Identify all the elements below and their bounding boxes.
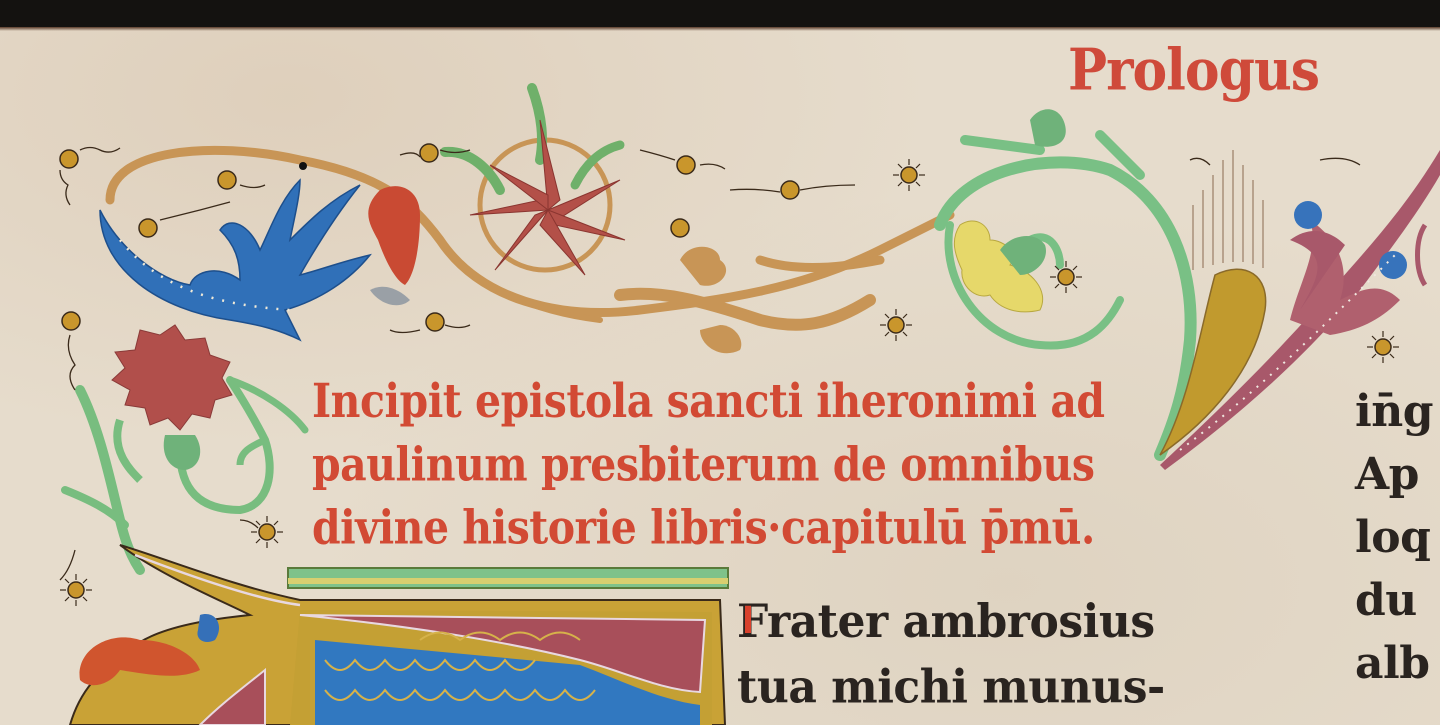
right-column-line: Ap — [1355, 443, 1440, 506]
red-star-flower — [445, 88, 625, 275]
blue-acanthus-leaf — [100, 180, 370, 340]
rubric-line: divine historie libris·capitulū p̄mū. — [312, 497, 1172, 560]
rubric-line: paulinum presbiterum de omnibus — [312, 433, 1172, 496]
red-curl-leaf — [368, 186, 420, 305]
right-column-line: alb — [1355, 632, 1440, 695]
right-column-line: in̄g — [1355, 380, 1440, 443]
right-text-column: in̄g Ap loq du alb — [1355, 380, 1440, 695]
body-text-column: Frater ambrosius tua michi munus- — [737, 590, 1157, 720]
rubricated-capital: F — [737, 595, 767, 649]
body-line-rest: rater ambrosius — [767, 595, 1155, 649]
rubric-line: Incipit epistola sancti iheronimi ad — [312, 370, 1172, 433]
illumination-decorations — [0, 0, 1440, 725]
body-line: Frater ambrosius — [737, 590, 1157, 655]
gilded-initial-letter — [70, 545, 728, 725]
running-title: Prologus — [1068, 38, 1319, 104]
right-column-line: du — [1355, 569, 1440, 632]
rubric-heading: Incipit epistola sancti iheronimi ad pau… — [312, 370, 1172, 560]
green-creature-head — [1030, 109, 1066, 146]
ink-dot — [299, 162, 307, 170]
body-line: tua michi munus- — [737, 655, 1157, 720]
right-column-line: loq — [1355, 506, 1440, 569]
